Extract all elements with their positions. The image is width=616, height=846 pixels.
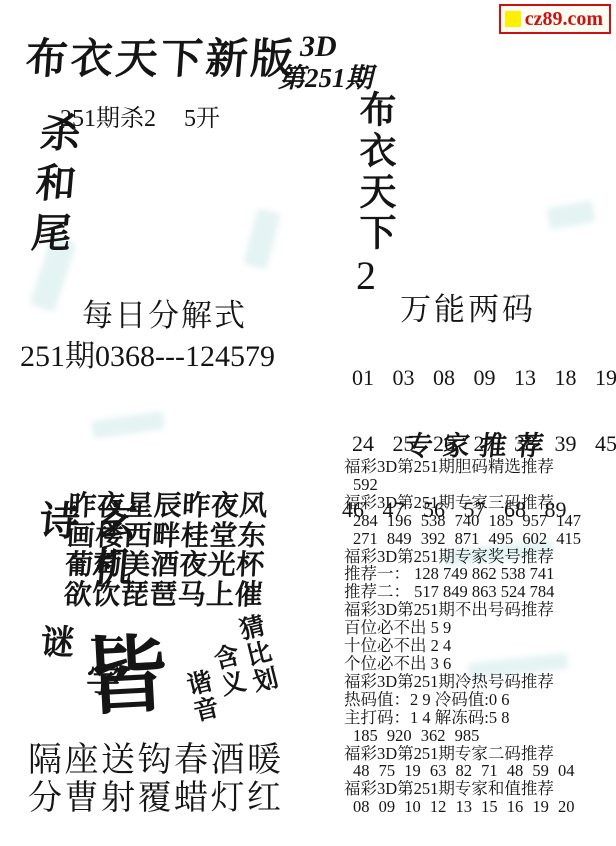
site-badge-text: cz89.com bbox=[525, 9, 603, 29]
watermark-blob bbox=[243, 208, 281, 270]
expert-line-pick: 推荐二： 517 849 863 524 784 bbox=[344, 583, 616, 601]
right-vertical-number: 2 bbox=[356, 252, 376, 299]
expert-line-numbers: 284 196 538 740 185 957 147 bbox=[344, 512, 616, 530]
mystery-poem-line: 欲饮琵琶马上催 bbox=[63, 581, 264, 611]
expert-line-numbers: 185 920 362 985 bbox=[344, 727, 616, 745]
expert-line-numbers: 592 bbox=[344, 476, 616, 494]
expert-line-header: 福彩3D第251期专家奖号推荐 bbox=[344, 548, 616, 566]
expert-line-pick: 推荐一： 128 749 862 538 741 bbox=[344, 565, 616, 583]
badge-yellow-square-icon bbox=[505, 11, 521, 27]
site-badge[interactable]: cz89.com bbox=[499, 4, 611, 34]
couplet-line: 隔座送钩春酒暖 bbox=[28, 742, 284, 780]
expert-line-numbers: 271 849 392 871 495 602 415 bbox=[344, 530, 616, 548]
left-vertical-label: 杀和尾 bbox=[13, 112, 87, 312]
expert-line-header: 福彩3D第251期胆码精选推荐 bbox=[344, 458, 616, 476]
daily-breakdown-formula: 251期0368---124579 bbox=[20, 331, 275, 375]
riddle-answer-character: 皆 bbox=[82, 634, 170, 722]
watermark-blob bbox=[91, 411, 165, 439]
expert-line-exclude: 百位必不出 5 9 bbox=[344, 619, 616, 637]
expert-line-hotcold: 热码值：2 9 冷码值:0 6 bbox=[344, 691, 616, 709]
expert-line-exclude: 十位必不出 2 4 bbox=[344, 637, 616, 655]
page-title: 布衣天下新版 bbox=[24, 26, 298, 86]
expert-line-header: 福彩3D第251期冷热号码推荐 bbox=[344, 673, 616, 691]
daily-breakdown-title: 每日分解式 bbox=[82, 290, 247, 335]
expert-line-header: 福彩3D第251期专家和值推荐 bbox=[344, 780, 616, 798]
watermark-blob bbox=[546, 200, 595, 230]
two-codes-row: 01 03 08 09 13 18 19? bbox=[352, 367, 616, 389]
expert-line-header: 福彩3D第251期专家二码推荐 bbox=[344, 745, 616, 763]
expert-line-exclude: 个位必不出 3 6 bbox=[344, 655, 616, 673]
mystery-poem-line: 昨夜星辰昨夜风 bbox=[68, 492, 269, 522]
bottom-couplet: 隔座送钩春酒暖 分曹射覆蜡灯红 bbox=[28, 742, 284, 818]
mystery-poem-line: 葡萄美酒夜光杯 bbox=[64, 551, 265, 581]
expert-line-numbers: 08 09 10 12 13 15 16 19 20 bbox=[344, 798, 616, 816]
mystery-poem: 昨夜星辰昨夜风 画楼西畔桂堂东 葡萄美酒夜光杯 欲饮琵琶马上催 bbox=[63, 492, 269, 610]
couplet-line: 分曹射覆蜡灯红 bbox=[28, 780, 284, 818]
expert-line-header: 福彩3D第251期专家三码推荐 bbox=[344, 494, 616, 512]
lottery-sheet: cz89.com 布衣天下新版 3D 第251期 251期杀2 5开 杀和尾 布… bbox=[0, 0, 616, 846]
open-text: 5开 bbox=[184, 98, 220, 133]
mystery-poem-line: 画楼西畔桂堂东 bbox=[66, 522, 267, 552]
expert-line-hotcold: 主打码：1 4 解冻码:5 8 bbox=[344, 709, 616, 727]
expert-recommend-list: 福彩3D第251期胆码精选推荐 592 福彩3D第251期专家三码推荐 284 … bbox=[344, 458, 616, 816]
expert-line-header: 福彩3D第251期不出号码推荐 bbox=[344, 601, 616, 619]
expert-line-numbers: 48 75 19 63 82 71 48 59 04 bbox=[344, 762, 616, 780]
